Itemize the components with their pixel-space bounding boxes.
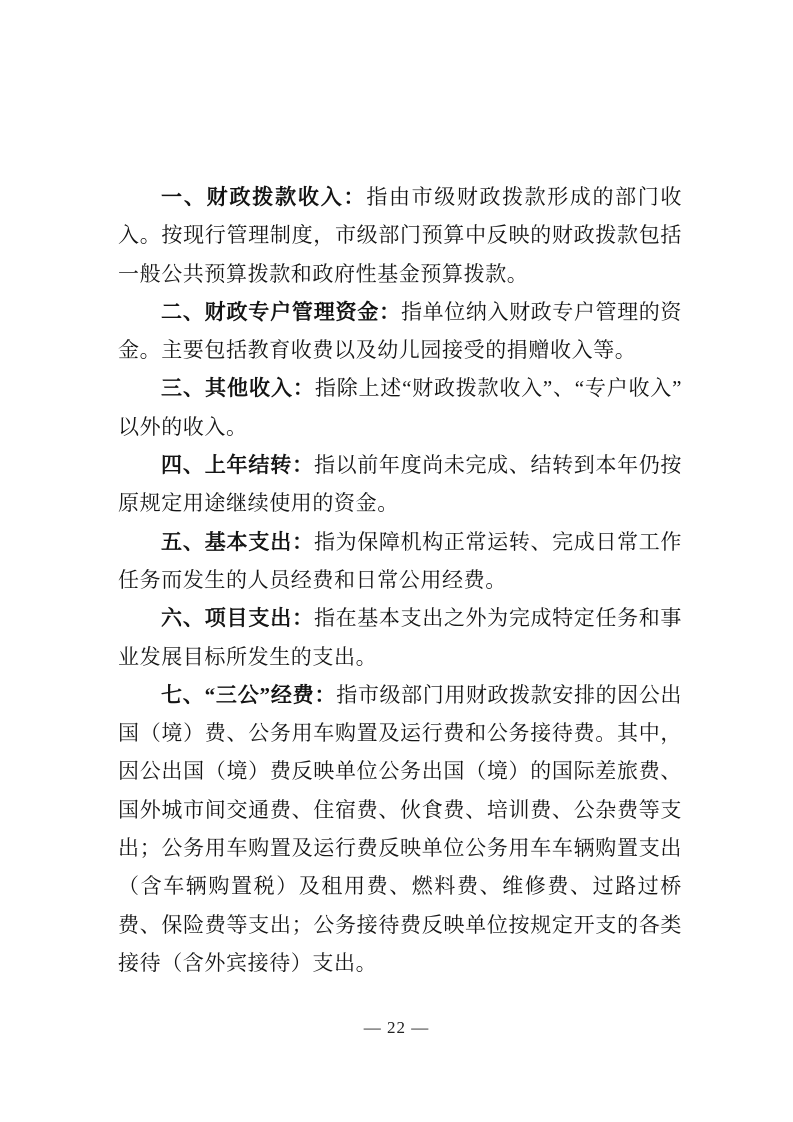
- term-label: 二、财政专户管理资金：: [161, 300, 401, 324]
- term-definition: 指市级部门用财政拨款安排的因公出国（境）费、公务用车购置及运行费和公务接待费。其…: [118, 683, 682, 975]
- paragraph-other-income: 三、其他收入：指除上述“财政拨款收入”、“专户收入”以外的收入。: [118, 369, 682, 446]
- paragraph-fiscal-appropriation-income: 一、财政拨款收入：指由市级财政拨款形成的部门收入。按现行管理制度，市级部门预算中…: [118, 178, 682, 293]
- paragraph-project-expenditure: 六、项目支出：指在基本支出之外为完成特定任务和事业发展目标所发生的支出。: [118, 599, 682, 676]
- document-page: 一、财政拨款收入：指由市级财政拨款形成的部门收入。按现行管理制度，市级部门预算中…: [0, 0, 793, 1122]
- paragraph-basic-expenditure: 五、基本支出：指为保障机构正常运转、完成日常工作任务而发生的人员经费和日常公用经…: [118, 523, 682, 600]
- paragraph-fiscal-special-account-funds: 二、财政专户管理资金：指单位纳入财政专户管理的资金。主要包括教育收费以及幼儿园接…: [118, 293, 682, 370]
- term-label: 一、财政拨款收入：: [161, 185, 366, 209]
- term-label: 五、基本支出：: [161, 530, 314, 554]
- term-label: 四、上年结转：: [161, 453, 314, 477]
- page-number: — 22 —: [0, 1018, 793, 1038]
- document-body: 一、财政拨款收入：指由市级财政拨款形成的部门收入。按现行管理制度，市级部门预算中…: [118, 178, 682, 982]
- term-label: 三、其他收入：: [161, 376, 315, 400]
- paragraph-three-public-expenses: 七、“三公”经费：指市级部门用财政拨款安排的因公出国（境）费、公务用车购置及运行…: [118, 676, 682, 982]
- term-label: 六、项目支出：: [161, 606, 314, 630]
- term-label: 七、“三公”经费：: [161, 683, 336, 707]
- paragraph-carryover-from-previous-year: 四、上年结转：指以前年度尚未完成、结转到本年仍按原规定用途继续使用的资金。: [118, 446, 682, 523]
